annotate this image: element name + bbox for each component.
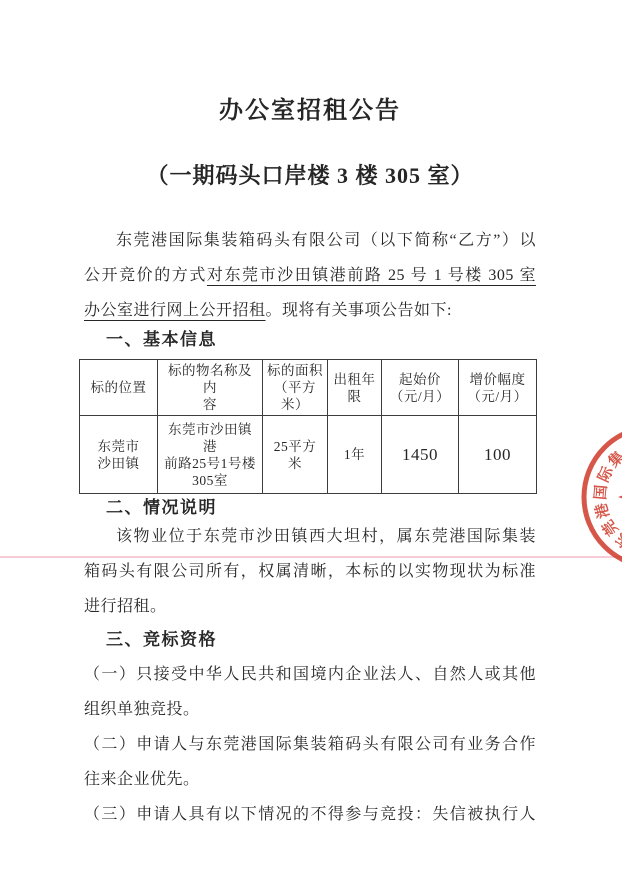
situation-paragraph: 该物业位于东莞市沙田镇西大坦村，属东莞港国际集装 箱码头有限公司所有，权属清晰，…	[84, 519, 536, 624]
intro-line-1: 东莞港国际集装箱码头有限公司（以下简称“乙方”）以	[84, 223, 536, 258]
section-heading-basic-info: 一、基本信息	[84, 329, 536, 351]
cell-target-location: 东莞市 沙田镇	[80, 416, 158, 494]
cell-target-area: 25平方米	[263, 416, 328, 494]
company-seal: 东莞港国际集装箱码头有限公司	[569, 412, 622, 582]
scan-artifact-line	[0, 556, 622, 558]
section-heading-situation: 二、情况说明	[84, 497, 536, 519]
qualification-item-1-line-1: （一）只接受中华人民共和国境内企业法人、自然人或其他	[84, 657, 536, 692]
intro-line-3: 办公室进行网上公开招租。现将有关事项公告如下:	[84, 293, 536, 328]
header-lease-term: 出租年 限	[328, 360, 382, 416]
intro-line-3-plain: 。现将有关事项公告如下:	[266, 302, 452, 319]
qualification-item-3-line-1: （三）申请人具有以下情况的不得参与竞投：失信被执行人	[84, 797, 536, 832]
document-page: 办公室招租公告 （一期码头口岸楼 3 楼 305 室） 东莞港国际集装箱码头有限…	[0, 0, 622, 887]
seal-char: 国	[591, 484, 610, 501]
document-content: 办公室招租公告 （一期码头口岸楼 3 楼 305 室） 东莞港国际集装箱码头有限…	[84, 0, 536, 832]
intro-paragraph: 东莞港国际集装箱码头有限公司（以下简称“乙方”）以 公开竞价的方式对东莞市沙田镇…	[84, 223, 536, 328]
qualification-item-2-line-1: （二）申请人与东莞港国际集装箱码头有限公司有业务合作	[84, 727, 536, 762]
cell-lease-term: 1年	[328, 416, 382, 494]
qualification-items: （一）只接受中华人民共和国境内企业法人、自然人或其他 组织单独竞投。 （二）申请…	[84, 657, 536, 832]
qualification-item-1-line-2: 组织单独竞投。	[84, 692, 536, 727]
section-heading-qualification: 三、竞标资格	[84, 629, 536, 651]
situation-line-1: 该物业位于东莞市沙田镇西大坦村，属东莞港国际集装	[84, 519, 536, 554]
intro-line-2-plain: 公开竞价的方式	[84, 267, 207, 284]
table-header-row: 标的位置 标的物名称及内 容 标的面积 （平方 米） 出租年 限 起始价 （元/…	[80, 360, 537, 416]
header-starting-price: 起始价 （元/月）	[382, 360, 459, 416]
seal-char: 港	[593, 501, 613, 520]
seal-star-icon	[618, 463, 622, 531]
cell-starting-price: 1450	[382, 416, 459, 494]
document-title: 办公室招租公告	[84, 97, 536, 125]
intro-line-1-text: 东莞港国际集装箱码头有限公司（以下简称“乙方”）以	[116, 232, 536, 249]
cell-target-name: 东莞市沙田镇港 前路25号1号楼 305室	[158, 416, 263, 494]
intro-line-3-underlined: 办公室进行网上公开招租	[84, 302, 266, 319]
cell-bid-increment: 100	[459, 416, 537, 494]
qualification-item-2-line-2: 往来企业优先。	[84, 762, 536, 797]
header-target-name: 标的物名称及内 容	[158, 360, 263, 416]
intro-line-2-underlined: 对东莞市沙田镇港前路 25 号 1 号楼 305 室	[207, 267, 536, 284]
header-target-location: 标的位置	[80, 360, 158, 416]
header-target-area: 标的面积 （平方 米）	[263, 360, 328, 416]
table-data-row: 东莞市 沙田镇 东莞市沙田镇港 前路25号1号楼 305室 25平方米 1年 1…	[80, 416, 537, 494]
situation-line-3: 进行招租。	[84, 589, 536, 624]
basic-info-table: 标的位置 标的物名称及内 容 标的面积 （平方 米） 出租年 限 起始价 （元/…	[79, 359, 537, 494]
situation-line-2: 箱码头有限公司所有，权属清晰，本标的以实物现状为标准	[84, 554, 536, 589]
document-subtitle: （一期码头口岸楼 3 楼 305 室）	[84, 161, 536, 190]
header-bid-increment: 增价幅度 （元/月）	[459, 360, 537, 416]
intro-line-2: 公开竞价的方式对东莞市沙田镇港前路 25 号 1 号楼 305 室	[84, 258, 536, 293]
